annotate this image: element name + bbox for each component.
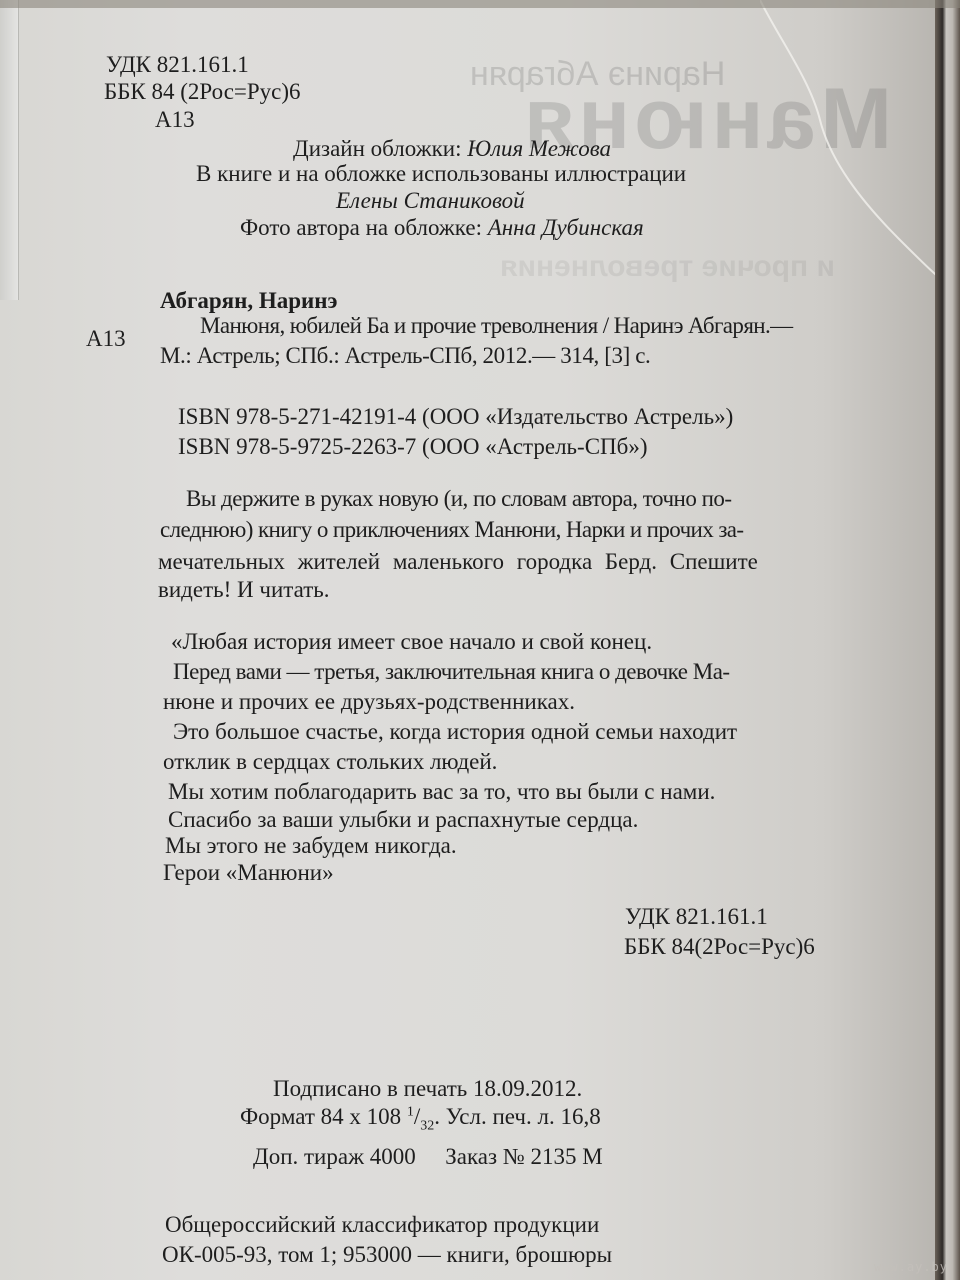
- illustrations-line: В книге и на обложке использованы иллюст…: [196, 162, 686, 185]
- bbk-top: ББК 84 (2Рос=Рус)6: [104, 80, 301, 103]
- quote-line-5: отклик в сердцах стольких людей.: [163, 750, 497, 773]
- quote-line-1: «Любая история имеет свое начало и свой …: [171, 630, 652, 653]
- author-mark: А13: [86, 327, 126, 350]
- annotation-line-2: следнюю) книгу о приключениях Манюни, На…: [160, 518, 743, 541]
- bleed-through-author: Наринэ Абгарян: [470, 55, 725, 94]
- classifier-line-2: ОК-005-93, том 1; 953000 — книги, брошюр…: [162, 1243, 612, 1266]
- format-fraction-numerator: 1: [407, 1104, 414, 1119]
- quote-line-3: нюне и прочих ее друзьях-родственниках.: [163, 690, 575, 713]
- bbk-bottom: ББК 84(2Рос=Рус)6: [624, 935, 815, 958]
- bleed-through-subtitle: и прочие треволнения: [500, 250, 835, 284]
- book-page: Наринэ Абгарян Манюня и прочие треволнен…: [0, 0, 935, 1280]
- format-fraction-denominator: 32: [420, 1119, 434, 1134]
- previous-page-edge: [0, 0, 19, 300]
- watermark: www.ay.by: [874, 1260, 948, 1274]
- quote-line-6: Мы хотим поблагодарить вас за то, что вы…: [168, 780, 715, 803]
- udk-bottom: УДК 821.161.1: [625, 905, 768, 928]
- quote-line-4: Это большое счастье, когда история одной…: [173, 720, 737, 743]
- author-mark-top: А13: [155, 108, 195, 131]
- book-spine: [935, 0, 960, 1280]
- author-photo-credit: Фото автора на обложке: Анна Дубинская: [240, 216, 644, 239]
- isbn-1: ISBN 978-5-271-42191-4 (ООО «Издательств…: [178, 405, 733, 428]
- format-prefix: Формат 84 х 108: [240, 1104, 401, 1129]
- author-heading: Абгарян, Наринэ: [160, 289, 338, 312]
- quote-line-8: Мы этого не забудем никогда.: [165, 834, 457, 857]
- paper-crease: [760, 0, 960, 300]
- udk-top: УДК 821.161.1: [106, 53, 249, 76]
- order-number: Заказ № 2135 М: [445, 1144, 603, 1169]
- cover-design-label: Дизайн обложки:: [293, 136, 461, 161]
- imprint-line: М.: Астрель; СПб.: Астрель-СПб, 2012.— 3…: [160, 344, 650, 367]
- quote-line-2: Перед вами — третья, заключительная книг…: [173, 660, 730, 683]
- annotation-line-4: видеть! И читать.: [158, 578, 330, 601]
- illustrator-name: Елены Станиковой: [336, 189, 525, 212]
- format-suffix: . Усл. печ. л. 16,8: [434, 1104, 600, 1129]
- annotation-line-3: мечательных жителей маленького городка Б…: [158, 550, 758, 573]
- print-run: Доп. тираж 4000: [253, 1144, 416, 1169]
- quote-line-7: Спасибо за ваши улыбки и распахнутые сер…: [168, 808, 638, 831]
- title-line: Манюня, юбилей Ба и прочие треволнения /…: [200, 314, 793, 337]
- background-strip: [0, 0, 960, 8]
- author-photo-name: Анна Дубинская: [488, 215, 644, 240]
- cover-design-name: Юлия Межова: [467, 136, 611, 161]
- format-line: Формат 84 х 108 1/32. Усл. печ. л. 16,8: [240, 1105, 601, 1134]
- signed-to-print: Подписано в печать 18.09.2012.: [273, 1077, 582, 1100]
- classifier-line-1: Общероссийский классификатор продукции: [165, 1213, 599, 1236]
- isbn-2: ISBN 978-5-9725-2263-7 (ООО «Астрель-СПб…: [178, 435, 648, 458]
- print-run-line: Доп. тираж 4000 Заказ № 2135 М: [253, 1145, 603, 1168]
- author-photo-label: Фото автора на обложке:: [240, 215, 482, 240]
- annotation-line-1: Вы держите в руках новую (и, по словам а…: [186, 487, 732, 510]
- quote-signature: Герои «Манюни»: [163, 861, 334, 884]
- cover-design-credit: Дизайн обложки: Юлия Межова: [293, 137, 611, 160]
